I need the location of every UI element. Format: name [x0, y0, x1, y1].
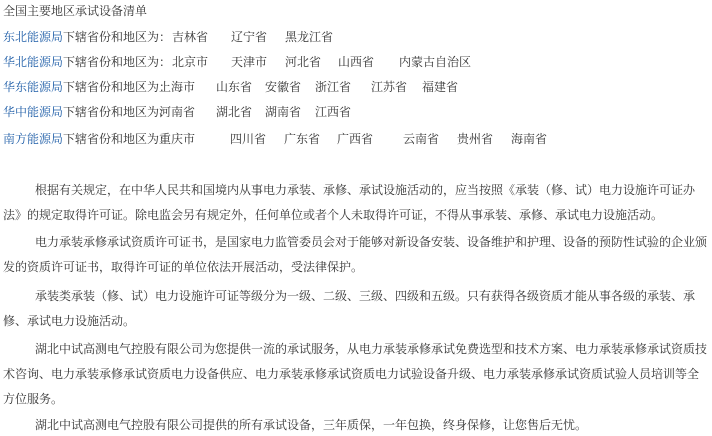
province-name: 贵州省 — [457, 132, 493, 146]
bureau-link-south[interactable]: 南方能源局 — [3, 132, 63, 146]
province-name: 海南省 — [511, 132, 547, 146]
province-name: 山西省 — [338, 55, 374, 69]
region-row-central: 华中能源局下辖省份和地区为： — [3, 105, 171, 119]
province-name: 江西省 — [315, 105, 351, 119]
province-name: 北京市 — [172, 55, 208, 69]
region-row-east: 华东能源局下辖省份和地区为： — [3, 80, 171, 94]
province-name: 河南省 — [159, 105, 195, 119]
region-row-north: 华北能源局下辖省份和地区为： — [3, 55, 171, 69]
province-name: 福建省 — [422, 80, 458, 94]
bureau-link-east[interactable]: 华东能源局 — [3, 80, 63, 94]
region-suffix: 下辖省份和地区为： — [63, 105, 171, 119]
paragraph-levels: 承装类承装（修、试）电力设施许可证等级分为一级、二级、三级、四级和五级。只有获得… — [3, 284, 709, 334]
province-name: 广西省 — [337, 132, 373, 146]
paragraph-certificate: 电力承装承修承试资质许可证书，是国家电力监管委员会对于能够对新设备安装、设备维护… — [3, 230, 709, 280]
province-name: 四川省 — [230, 132, 266, 146]
province-name: 浙江省 — [315, 80, 351, 94]
province-name: 黑龙江省 — [285, 30, 333, 44]
page-title: 全国主要地区承试设备清单 — [3, 4, 147, 18]
province-name: 安徽省 — [265, 80, 301, 94]
province-name: 重庆市 — [159, 132, 195, 146]
province-name: 吉林省 — [172, 30, 208, 44]
region-suffix: 下辖省份和地区为： — [63, 80, 171, 94]
province-name: 天津市 — [231, 55, 267, 69]
region-suffix: 下辖省份和地区为： — [63, 30, 171, 44]
province-name: 上海市 — [159, 80, 195, 94]
province-name: 内蒙古自治区 — [399, 55, 471, 69]
province-name: 辽宁省 — [231, 30, 267, 44]
province-name: 云南省 — [403, 132, 439, 146]
paragraph-warranty: 湖北中试高测电气控股有限公司提供的所有承试设备，三年质保，一年包换，终身保修，让… — [3, 413, 709, 436]
bureau-link-north[interactable]: 华北能源局 — [3, 55, 63, 69]
region-suffix: 下辖省份和地区为： — [63, 55, 171, 69]
province-name: 湖南省 — [265, 105, 301, 119]
bureau-link-central[interactable]: 华中能源局 — [3, 105, 63, 119]
region-row-northeast: 东北能源局下辖省份和地区为： — [3, 30, 171, 44]
region-suffix: 下辖省份和地区为： — [63, 132, 171, 146]
paragraph-regulation: 根据有关规定，在中华人民共和国境内从事电力承装、承修、承试设施活动的，应当按照《… — [3, 178, 709, 228]
paragraph-services: 湖北中试高测电气控股有限公司为您提供一流的承试服务，从电力承装承修承试免费选型和… — [3, 337, 709, 412]
province-name: 江苏省 — [371, 80, 407, 94]
bureau-link-northeast[interactable]: 东北能源局 — [3, 30, 63, 44]
province-name: 湖北省 — [216, 105, 252, 119]
region-row-south: 南方能源局下辖省份和地区为： — [3, 132, 171, 146]
province-name: 河北省 — [285, 55, 321, 69]
province-name: 广东省 — [284, 132, 320, 146]
province-name: 山东省 — [216, 80, 252, 94]
